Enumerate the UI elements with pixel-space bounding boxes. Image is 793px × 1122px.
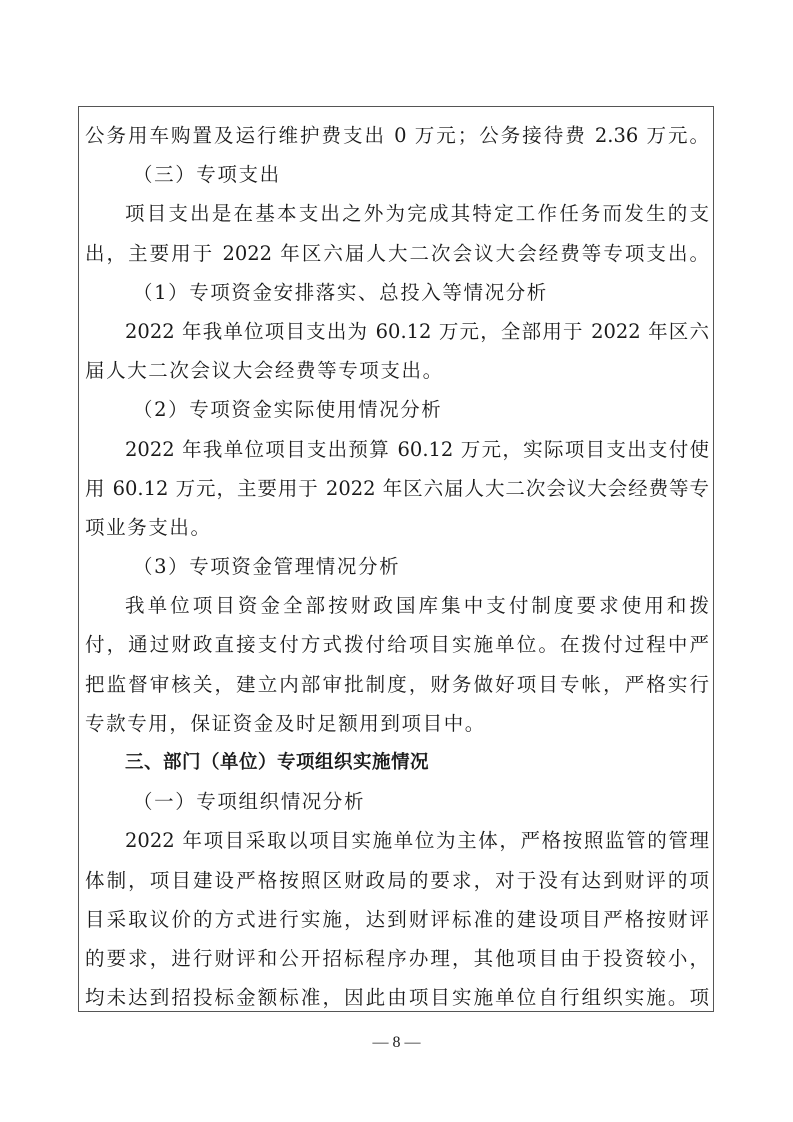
paragraph-line: 付，通过财政直接支付方式拨付给项目实施单位。在拨付过程中严 [85, 625, 709, 664]
document-body: 公务用车购置及运行维护费支出 0 万元；公务接待费 2.36 万元。 （三）专项… [85, 116, 709, 1012]
paragraph-line: 2022 年我单位项目支出为 60.12 万元，全部用于 2022 年区六 [85, 312, 709, 351]
paragraph-line: 的要求，进行财评和公开招标程序办理，其他项目由于投资较小， [85, 939, 709, 978]
paragraph-line: 均未达到招投标金额标准，因此由项目实施单位自行组织实施。项 [85, 978, 709, 1012]
paragraph-line: 项业务支出。 [85, 508, 709, 547]
section-heading: 三、部门（单位）专项组织实施情况 [85, 743, 709, 782]
page-number: — 8 — [0, 1034, 793, 1052]
section-subheading: （3）专项资金管理情况分析 [85, 547, 709, 586]
paragraph-line: 用 60.12 万元，主要用于 2022 年区六届人大二次会议大会经费等专 [85, 469, 709, 508]
paragraph-line: 2022 年我单位项目支出预算 60.12 万元，实际项目支出支付使 [85, 430, 709, 469]
document-frame: 公务用车购置及运行维护费支出 0 万元；公务接待费 2.36 万元。 （三）专项… [78, 106, 714, 1012]
paragraph-line: 体制，项目建设严格按照区财政局的要求，对于没有达到财评的项 [85, 861, 709, 900]
paragraph-line: 目采取议价的方式进行实施，达到财评标准的建设项目严格按财评 [85, 900, 709, 939]
paragraph-line: 项目支出是在基本支出之外为完成其特定工作任务而发生的支 [85, 194, 709, 233]
section-subheading: （三）专项支出 [85, 155, 709, 194]
paragraph-line: 出，主要用于 2022 年区六届人大二次会议大会经费等专项支出。 [85, 234, 709, 273]
paragraph-line: 2022 年项目采取以项目实施单位为主体，严格按照监管的管理 [85, 821, 709, 860]
section-subheading: （2）专项资金实际使用情况分析 [85, 390, 709, 429]
paragraph-line: 专款专用，保证资金及时足额用到项目中。 [85, 704, 709, 743]
paragraph-line: 公务用车购置及运行维护费支出 0 万元；公务接待费 2.36 万元。 [85, 116, 709, 155]
section-subheading: （一）专项组织情况分析 [85, 782, 709, 821]
section-subheading: （1）专项资金安排落实、总投入等情况分析 [85, 273, 709, 312]
paragraph-line: 我单位项目资金全部按财政国库集中支付制度要求使用和拨 [85, 586, 709, 625]
paragraph-line: 把监督审核关，建立内部审批制度，财务做好项目专帐，严格实行 [85, 665, 709, 704]
paragraph-line: 届人大二次会议大会经费等专项支出。 [85, 351, 709, 390]
